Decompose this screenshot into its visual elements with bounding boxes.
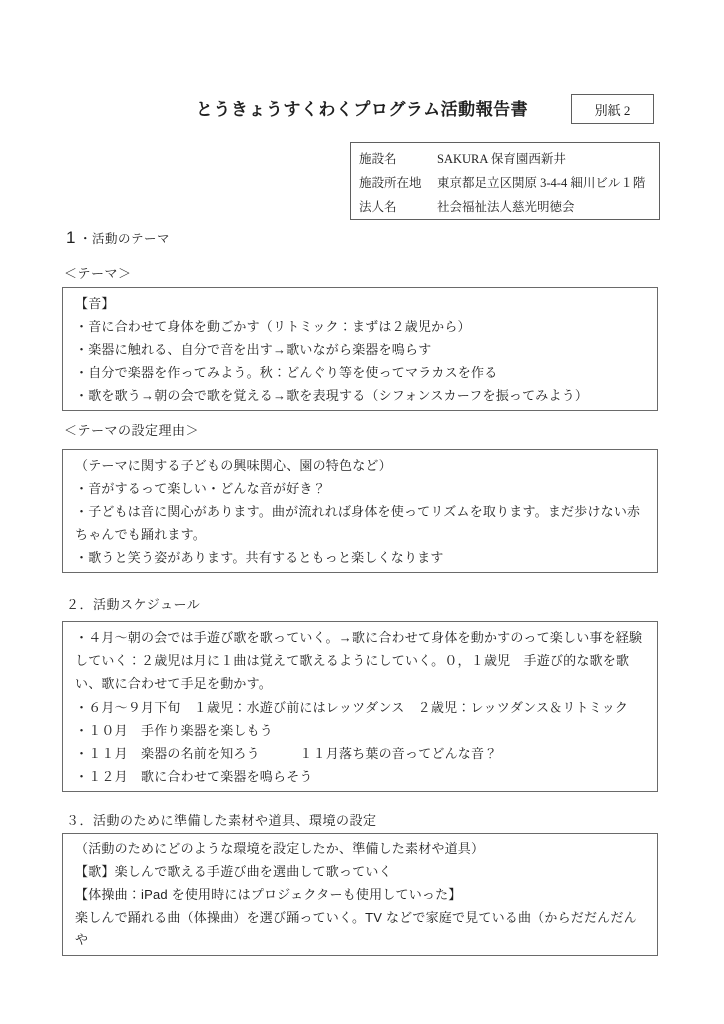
materials-line: 【歌】楽しんで歌える手遊び曲を選曲して歌っていく (75, 861, 645, 884)
schedule-line: ・６月～９月下旬 １歳児：水遊び前にはレッツダンス ２歳児：レッツダンス＆リトミ… (75, 696, 645, 719)
theme-line: ・歌を歌う→朝の会で歌を覚える→歌を表現する（シフォンスカーフを振ってみよう） (75, 384, 645, 407)
facility-row-address: 施設所在地 東京都足立区関原 3-4-4 細川ビル１階 (359, 171, 653, 195)
section3-heading: ３．活動のために準備した素材や道具、環境の設定 (66, 810, 377, 829)
schedule-line: ・１１月 楽器の名前を知ろう １１月落ち葉の音ってどんな音？ (75, 742, 645, 765)
report-page: とうきょうすくわくプログラム活動報告書 別紙 2 施設名 SAKURA 保育園西… (0, 0, 724, 1024)
reason-box: （テーマに関する子どもの興味関心、園の特色など） ・音がするって楽しい・どんな音… (62, 449, 658, 573)
theme-line: ・楽器に触れる、自分で音を出す→歌いながら楽器を鳴らす (75, 338, 645, 361)
materials-box: （活動のためにどのような環境を設定したか、準備した素材や道具） 【歌】楽しんで歌… (62, 833, 658, 956)
facility-corporation-label: 法人名 (359, 195, 437, 219)
facility-address-label: 施設所在地 (359, 171, 437, 195)
schedule-box: ・４月～朝の会では手遊び歌を歌っていく。→歌に合わせて身体を動かすのって楽しい事… (62, 621, 658, 792)
schedule-line: ・１２月 歌に合わせて楽器を鳴らそう (75, 765, 645, 788)
reason-line: ・子どもは音に関心があります。曲が流れれば身体を使ってリズムを取ります。まだ歩け… (75, 500, 645, 546)
appendix-label: 別紙 2 (595, 100, 631, 119)
facility-address-value: 東京都足立区関原 3-4-4 細川ビル１階 (437, 171, 653, 195)
materials-line: （活動のためにどのような環境を設定したか、準備した素材や道具） (75, 838, 645, 861)
materials-line: 【体操曲：iPad を使用時にはプロジェクターも使用していった】 (75, 884, 645, 907)
reason-line: （テーマに関する子どもの興味関心、園の特色など） (75, 454, 645, 477)
reason-line: ・音がするって楽しい・どんな音が好き？ (75, 477, 645, 500)
section1-number: 1 (66, 228, 76, 248)
theme-line: 【音】 (75, 292, 645, 315)
schedule-line: ・１０月 手作り楽器を楽しもう (75, 719, 645, 742)
facility-row-corporation: 法人名 社会福祉法人慈光明徳会 (359, 195, 653, 219)
reason-line: ・歌うと笑う姿があります。共有するともっと楽しくなります (75, 546, 645, 569)
facility-row-name: 施設名 SAKURA 保育園西新井 (359, 147, 653, 171)
reason-caption: ＜テーマの設定理由＞ (64, 420, 199, 439)
facility-name-label: 施設名 (359, 147, 437, 171)
facility-name-value: SAKURA 保育園西新井 (437, 147, 653, 171)
materials-line: 楽しんで踊れる曲（体操曲）を選び踊っていく。TV などで家庭で見ている曲（からだ… (75, 907, 645, 952)
theme-line: ・音に合わせて身体を動ごかす（リトミック：まずは２歳児から） (75, 315, 645, 338)
theme-caption: ＜テーマ＞ (64, 263, 132, 282)
schedule-line: ・４月～朝の会では手遊び歌を歌っていく。→歌に合わせて身体を動かすのって楽しい事… (75, 626, 645, 696)
section2-heading: ２．活動スケジュール (66, 594, 200, 613)
facility-corporation-value: 社会福祉法人慈光明徳会 (437, 195, 653, 219)
theme-line: ・自分で楽器を作ってみよう。秋：どんぐり等を使ってマラカスを作る (75, 361, 645, 384)
appendix-number-box: 別紙 2 (571, 94, 654, 124)
section1-heading-text: ・活動のテーマ (79, 229, 170, 247)
facility-info-box: 施設名 SAKURA 保育園西新井 施設所在地 東京都足立区関原 3-4-4 細… (350, 142, 660, 220)
section1-heading: 1 ・活動のテーマ (66, 228, 170, 248)
theme-box: 【音】 ・音に合わせて身体を動ごかす（リトミック：まずは２歳児から） ・楽器に触… (62, 287, 658, 411)
